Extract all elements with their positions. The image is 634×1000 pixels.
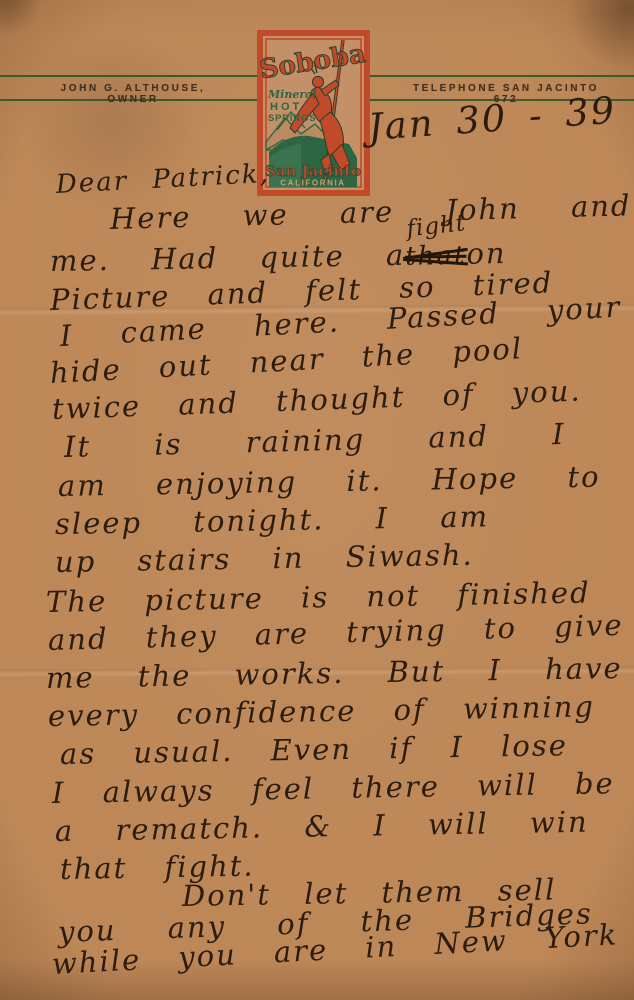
handwritten-line: every confidence of winning [48, 689, 595, 733]
handwritten-line: I always feel there will be [52, 766, 615, 810]
handwritten-line: Here we are John and [110, 188, 632, 236]
handwritten-greeting: Dear Patrick, [55, 159, 270, 200]
logo-springs-text: SPRINGS [268, 113, 316, 124]
handwritten-line: sleep tonight. I am [55, 499, 490, 541]
logo-hot-text: HOT [270, 101, 302, 113]
inserted-word: fight [406, 210, 468, 242]
handwritten-line: It is raining and I [64, 417, 566, 464]
soboba-logo: Soboba Mineral HOT SPRINGS San Jacinto C… [257, 30, 370, 196]
handwritten-line: a rematch. & I will win [55, 805, 589, 848]
logo-mineral-text: Mineral [267, 88, 316, 101]
logo-state-text: CALIFORNIA [280, 179, 345, 188]
handwritten-line: me the works. But I have [46, 651, 623, 695]
handwritten-line: as usual. Even if I lose [60, 728, 568, 771]
scribbled-out-word: that [405, 241, 467, 272]
edit-spot: fightthat [405, 237, 467, 272]
handwritten-text-post: on [466, 236, 507, 271]
logo-city-text: San Jacinto [265, 162, 361, 180]
scanned-letter-page: { "letterhead": { "owner": "JOHN G. ALTH… [0, 0, 634, 1000]
handwritten-line: up stairs in Siwash. [55, 538, 474, 579]
letterhead-owner: JOHN G. ALTHOUSE, OWNER [38, 83, 228, 105]
soboba-logo-image: Soboba Mineral HOT SPRINGS San Jacinto C… [257, 30, 370, 196]
handwritten-line: am enjoying it. Hope to [58, 460, 601, 503]
